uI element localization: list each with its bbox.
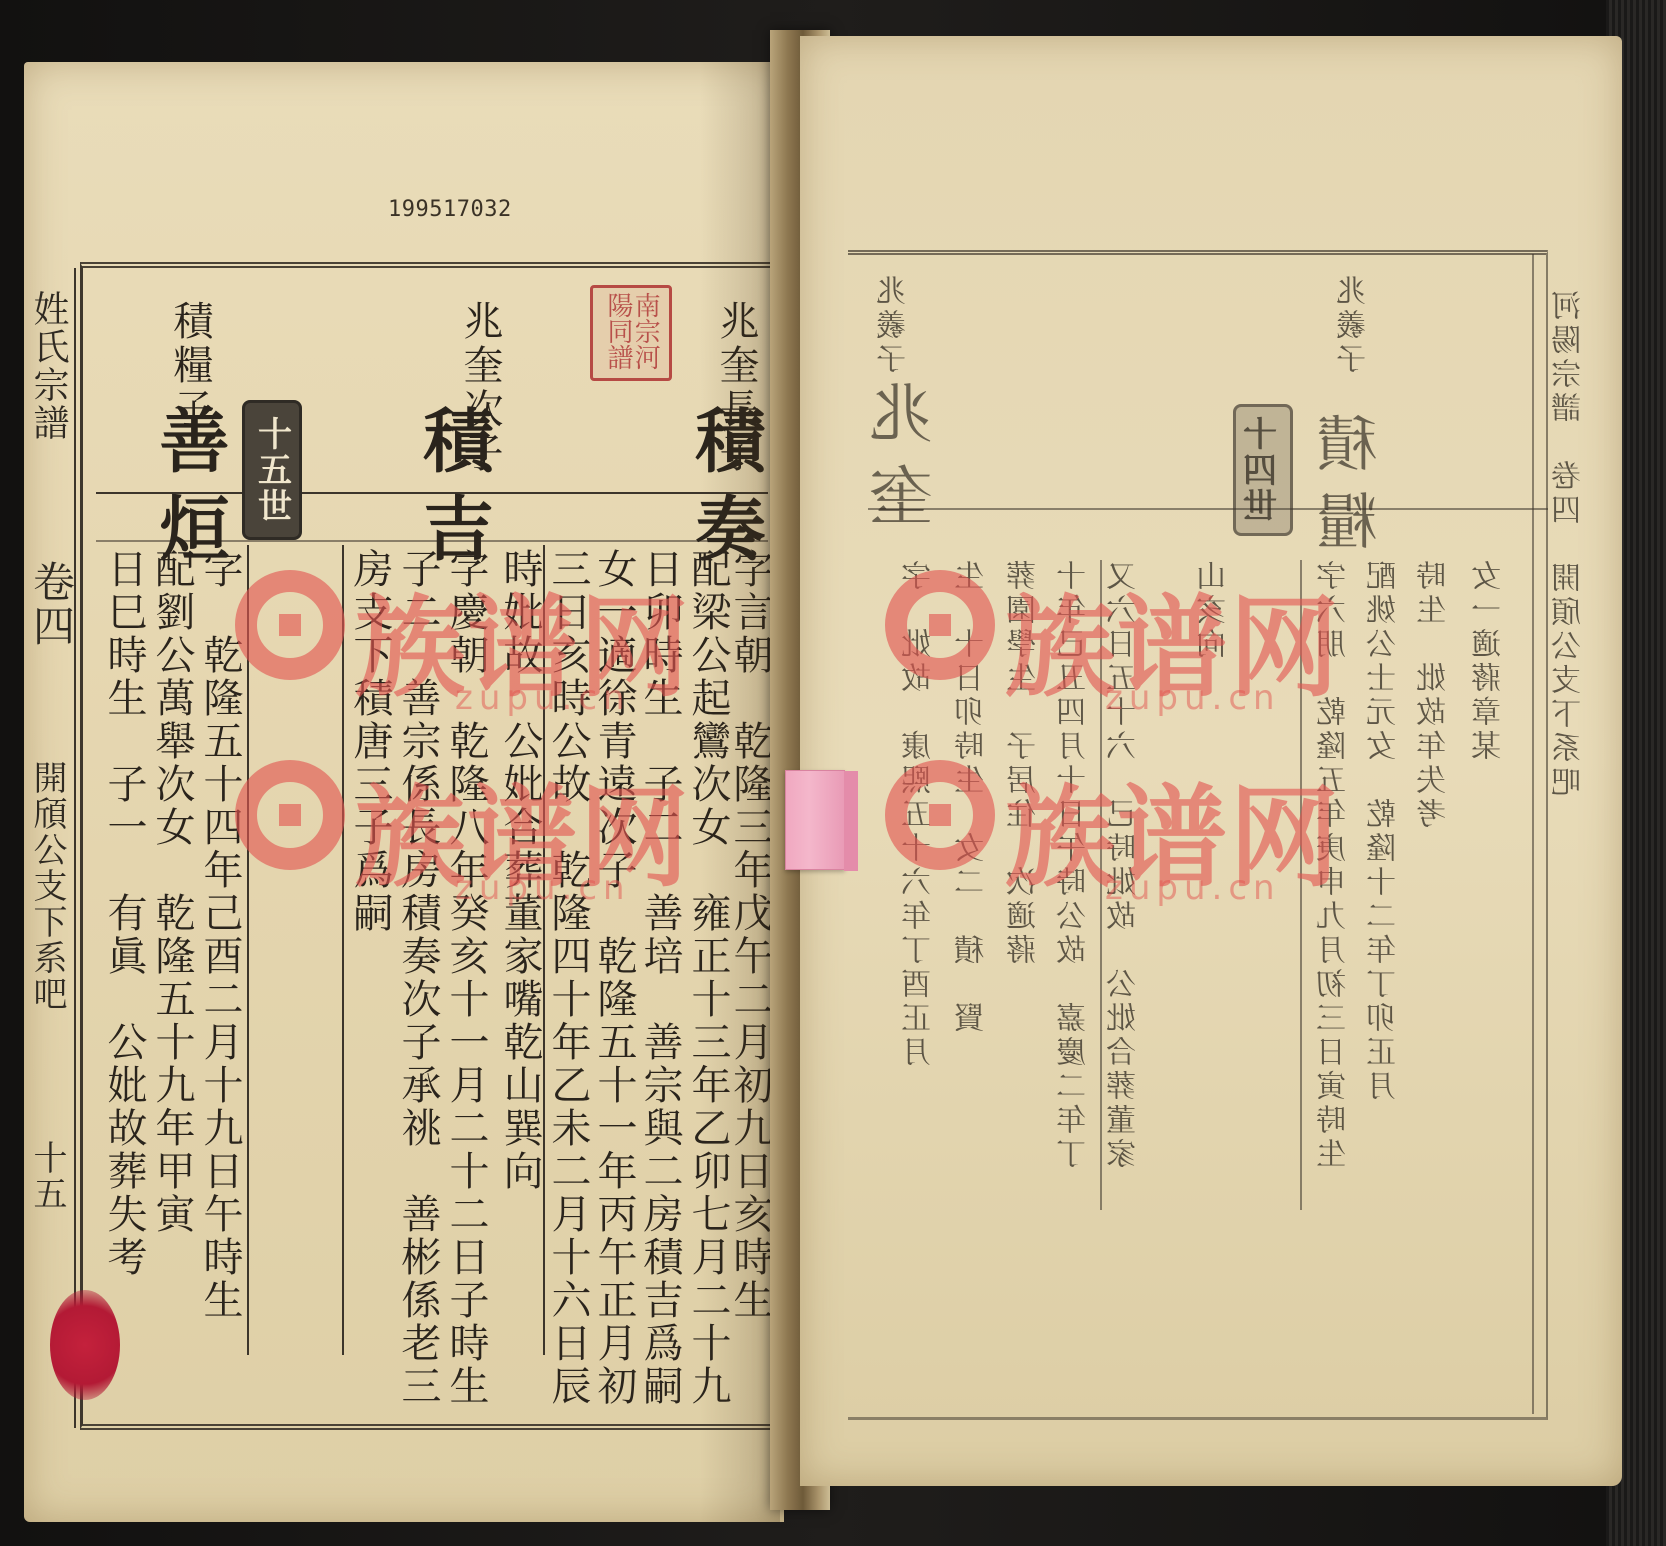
right-col-4: 字六朋 乾隆五年庚申九月初三日寅時生 xyxy=(1320,560,1350,1172)
right-header-divider xyxy=(868,508,1548,510)
pink-bookmark-tab[interactable] xyxy=(785,770,845,870)
margin-page-number: 十五 xyxy=(30,1140,64,1212)
right-col-5: 山亥向 xyxy=(1200,560,1230,662)
margin-rule xyxy=(74,268,76,1428)
right-col-10: 字 妣故 康熙五十六年丁酉正月 xyxy=(905,560,935,1070)
right-margin-rule xyxy=(1532,254,1534,1414)
entry-jiji-col-1: 字慶朝 乾隆八年癸亥十一月二十二日子時生 xyxy=(446,548,486,1408)
entry-shanxuan-col-1: 字 乾隆五十四年己酉二月十九日午時生 xyxy=(200,548,240,1322)
right-col-6: 又六日五十六 己時妣故 公妣合葬董家 xyxy=(1110,560,1140,1172)
right-header-2: 兆羲子 xyxy=(880,275,910,377)
entry-jizou-col-6: 時妣故 公妣合葬董家嘴乾山巽向 xyxy=(500,548,540,1193)
entry-jiji-col-3: 房支下積唐三子爲嗣 xyxy=(350,548,390,935)
entry-shanxuan-col-3: 日巳時生 子一 有眞 公妣故葬失考 xyxy=(104,548,144,1279)
entry-jizou-col-4: 女一適徐青遠次子 乾隆五十一年丙午正月初 xyxy=(594,548,634,1408)
right-col-8: 葬園學生 子居住 次適蔣 xyxy=(1010,560,1040,968)
right-entry-separator xyxy=(1100,560,1102,1210)
entry-jizou-col-3: 日卯時生 子二 善培 善宗與二房積吉爲嗣 xyxy=(640,548,680,1408)
right-margin-text: 河陽宗譜 卷四 開頎公支下系吧 xyxy=(1555,290,1585,800)
right-generation-badge: 十四世 xyxy=(1233,404,1293,536)
right-person-name-2: 兆奎 xyxy=(875,380,939,544)
right-person-name-1: 積糧 xyxy=(1322,412,1382,568)
entry-jiji-col-2: 子二 善宗係長房積奏次子承祧 善彬係老三 xyxy=(398,548,438,1408)
red-ink-stain xyxy=(50,1290,120,1400)
right-col-2: 時生 妣故年失考 xyxy=(1420,560,1450,832)
right-col-9: 生 十日卯時生 女二 積 賢 xyxy=(958,560,988,1036)
right-page-frame xyxy=(848,250,1548,1420)
spine-shadow xyxy=(700,62,780,1522)
right-header-1: 兆羲子 xyxy=(1340,275,1370,377)
generation-badge: 十五世 xyxy=(242,400,302,540)
entry-separator xyxy=(247,545,249,1355)
right-entry-separator xyxy=(1300,560,1302,1210)
serial-number: 199517032 xyxy=(388,197,512,222)
right-col-1: 女一適蔣章某 xyxy=(1475,560,1505,764)
entry-jizou-col-5: 三日亥時公故 乾隆四十年乙未二月十六日辰 xyxy=(548,548,588,1408)
right-col-3: 配姚公士元女 乾隆十二年丁卯正月 xyxy=(1370,560,1400,1104)
right-col-7: 十年己丑四月十日午時公故 嘉慶二年丁 xyxy=(1060,560,1090,1172)
margin-volume: 卷四 xyxy=(30,560,72,648)
margin-book-title: 姓氏宗譜 xyxy=(30,290,66,442)
margin-branch: 開頎公支下系吧 xyxy=(30,760,64,1012)
entry-separator xyxy=(342,545,344,1355)
red-seal-stamp: 南宗河陽同譜 xyxy=(590,285,672,381)
entry-shanxuan-col-2: 配劉公萬舉次女 乾隆五十九年甲寅 xyxy=(152,548,192,1236)
